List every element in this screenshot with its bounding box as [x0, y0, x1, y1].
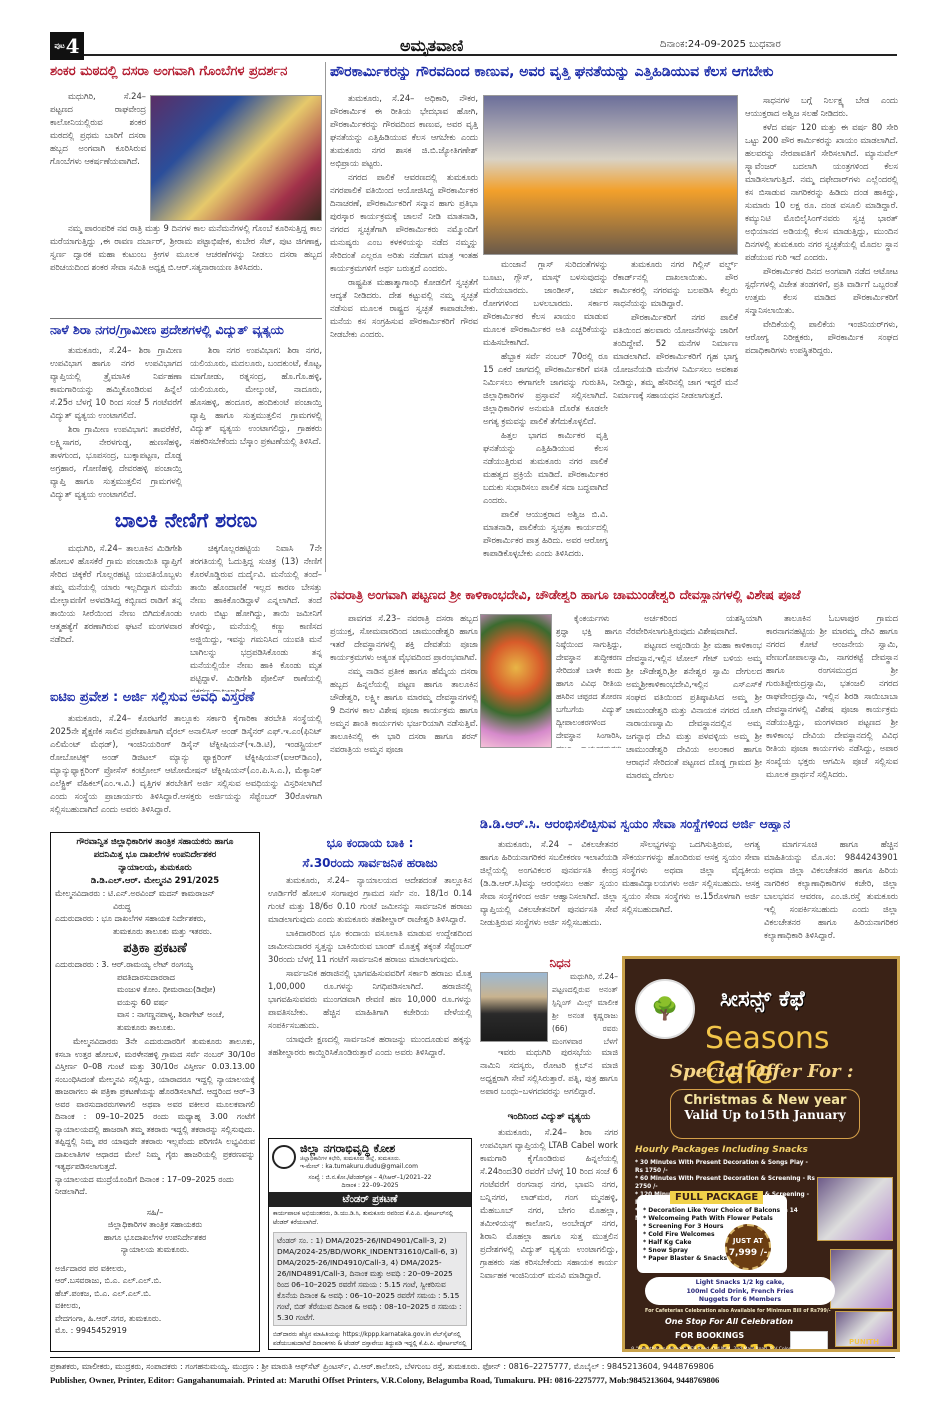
paragraph: ಹಿತ್ತಲ ಭಾಗದ ಕಾರ್ಮಿಕರ ವೃತ್ತಿ ಘನತೆಯನ್ನು ಎತ… — [483, 429, 608, 507]
article-navaratri-col1: ಪಾವಗಡ ಸೆ.23– ನವರಾತ್ರಿ ದಸರಾ ಹಬ್ಬದ ಪ್ರಯುಕ್… — [330, 612, 478, 812]
tender-footer-text: ಬಿಡ್‌ದಾರರು ಹೆಚ್ಚಿನ ಮಾಹಿತಿಯನ್ನು https://k… — [269, 1329, 471, 1350]
respondent-1: ಎದುರುದಾರರು : ಭೂ ದಾಖಲೆಗಳ ಸಹಾಯಕ ನಿರ್ದೇಶಕರು… — [55, 913, 255, 926]
article-power-cut-sira-col1: ತುಮಕೂರು, ಸೆ.24– ಶಿರಾ ಗ್ರಾಮೀಣ ಉಪವಿಭಾಗ ಹಾಗ… — [50, 344, 182, 502]
paragraph: ಅರ್ಚಕರಿಂದ ಯಶಸ್ವಿಯಾಗಿ ನೆರವೇರಿಸಲಾಗುತ್ತಿರುವ… — [626, 612, 762, 638]
appellant: ಮೇಲ್ಮನವಿದಾರರು : ಟಿ.ಎನ್.ಅರವಿಂದ್ ಮದನ್ ಕಾಮರ… — [55, 888, 255, 901]
headline-ddrc: ಡಿ.ಡಿ.ಆರ್.ಸಿ. ಆರಂಭಿಸಲಿಚ್ಛಿಸುವ ಸ್ವಯಂ ಸೇವಾ… — [480, 816, 898, 832]
divider — [50, 318, 322, 319]
paragraph: ಪಾವಗಡ ಸೆ.23– ನವರಾತ್ರಿ ದಸರಾ ಹಬ್ಬದ ಪ್ರಯುಕ್… — [330, 612, 478, 664]
paragraph: ತುಮಕೂರು, ಸೆ.24– ನ್ಯಾಯಾಲಯದ ಆದೇಶದಂತೆ ತಾಲ್ಲ… — [268, 874, 472, 926]
tender-org-name: ಜಿಲ್ಲಾ ನಗರಾಭಿವೃದ್ಧಿ ಕೋಶ — [300, 1142, 418, 1156]
article-land-auction: ತುಮಕೂರು, ಸೆ.24– ನ್ಯಾಯಾಲಯದ ಆದೇಶದಂತೆ ತಾಲ್ಲ… — [268, 874, 472, 1132]
paragraph: ಮಧುಗಿರಿ, ಸೆ.24– ತಾಲೂಕಿನ ಮಿಡಿಗೇಶಿ ಹೋಬಳಿ ಹ… — [50, 542, 182, 646]
ad-brand-kannada: ಸೀಸನ್ಸ್ ಕೆಫೆ — [720, 987, 805, 1012]
advocate-line: ಆರ್.ಬಸವರಾಜು, ಬಿ.ಎ. ಎಲ್.ಎಲ್.ಬಿ. — [55, 1275, 255, 1288]
paragraph: ಪೌರಕಾರ್ಮಿಕರ ದಿನದ ಅಂಗವಾಗಿ ನಡೆದ ಆಟೋಟ ಸ್ಪರ್… — [745, 265, 898, 317]
ad-photo-2 — [830, 1249, 893, 1309]
versus: ವಿರುದ್ಧ — [55, 901, 255, 914]
article-pourakarmika-col3: ತುಮಕೂರು ನಗರ ಗಿಲ್ಲಿಸ್ ವರ್ಲ್ಡ್ ರೆಕಾರ್ಡ್‌ನಲ… — [613, 258, 738, 572]
tender-date: ದಿನಾಂಕ : 22–09–2025 — [269, 1182, 471, 1190]
tender-org-sub: ಜಿಲ್ಲಾಧಿಕಾರಿಗಳ ಕಛೇರಿ, ತುಮಕೂರು ಜಿಲ್ಲೆ, ತು… — [300, 1156, 418, 1163]
ad-snacks-line: Light Snacks 1/2 kg cake, — [645, 1279, 835, 1288]
article-dasara-dolls-lead: ಮಧುಗಿರಿ, ಸೆ.24– ಪಟ್ಟಣದ ರಾಘವೇಂದ್ರ ಕಾಲೋನಿಯ… — [50, 90, 146, 240]
notice-title-line: ಪದನಿಮಿತ್ತ ಭೂ ದಾಖಲೆಗಳ ಉಪನಿರ್ದೇಶಕರ — [55, 849, 255, 862]
govt-emblem-icon — [272, 1145, 296, 1169]
article-obituary-body: ಇವರು ಮಧುಗಿರಿ ಪುರಸಭೆಯ ಮಾಜಿ ನಾಮಿನಿ ಸದಸ್ಯರು… — [480, 1046, 618, 1108]
respondent-3-line: ವಾಸ : ನಾಗಣ್ಣನಪಾಳ್ಯ, ಶಿರಾಗೇಟ್ ಅಂಚೆ, — [55, 1009, 255, 1022]
headline-land-auction-1: ಭೂ ಕಂದಾಯ ಬಾಕಿ : — [268, 836, 472, 851]
article-pourakarmika-col4: ಸಾಧನಗಳ ಬಗ್ಗೆ ನಿರ್ಲಕ್ಷ್ಯ ಬೇಡ ಎಂದು ಆಯುಕ್ತರ… — [745, 94, 898, 572]
newspaper-title: ಅಮೃತವಾಣಿ — [400, 36, 463, 56]
ad-address: ⚲ "Amruthavani Arcade" KEB Road, Old NH4… — [631, 1347, 819, 1352]
paragraph: ಚಿಕ್ಕಗೊಲ್ಲರಹಟ್ಟಿಯ ನಿವಾಸಿ 7ನೇ ತರಗತಿಯಲ್ಲಿ … — [190, 542, 322, 692]
article-pourakarmika-col1: ತುಮಕೂರು, ಸೆ.24– ಅಧಿಕಾರಿ, ನೌಕರ, ಪೌರಕಾರ್ಮಿ… — [330, 92, 478, 572]
paragraph: ತುಮಕೂರು, ಸೆ.24– ಕೊರಟಗೆರೆ ತಾಲ್ಲೂಕು ಸರ್ಕಾರ… — [50, 712, 322, 816]
ad-photo-1 — [817, 1177, 893, 1241]
notice-title-line: ನ್ಯಾಯಾಲಯ, ತುಮಕೂರು — [55, 862, 255, 875]
article-ddrc-col3: ಮಾರ್ಗಸೂಚಿ ಹಾಗೂ ಹೆಚ್ಚಿನ ಮಾಹಿತಿಯನ್ನು ಮೊ.ಸಂ… — [764, 838, 898, 952]
ad-snacks-line: Nuggets for 6 Members — [645, 1296, 835, 1305]
paragraph: ವೇದಿಕೆಯಲ್ಲಿ ಪಾಲಿಕೆಯ ಇಂಜಿನಿಯರ್‌ಗಳು, ಆರೋಗ್… — [745, 318, 898, 357]
article-girl-col1: ಮಧುಗಿರಿ, ಸೆ.24– ತಾಲೂಕಿನ ಮಿಡಿಗೇಶಿ ಹೋಬಳಿ ಹ… — [50, 542, 182, 692]
paragraph: ಸಾಧನಗಳ ಬಗ್ಗೆ ನಿರ್ಲಕ್ಷ್ಯ ಬೇಡ ಎಂದು ಆಯುಕ್ತರ… — [745, 94, 898, 120]
advertisement-seasons-cafe: 🌳 ಸೀಸನ್ಸ್ ಕೆಫೆ Seasons Cafe Special Offe… — [622, 956, 900, 1352]
article-navaratri-col4: ತಾಲೂಕಿನ ಓಬಳಾಪುರ ಗ್ರಾಮದ ಕಾರನಾಗನಹಟ್ಟಿಯ ಶ್ರ… — [766, 612, 898, 812]
signature-line: ಹಾಗೂ ಭೂದಾಖಲೆಗಳ ಉಪನಿರ್ದೇಶಕರ — [55, 1232, 255, 1245]
photo-pourakarmika-event — [483, 95, 738, 255]
paragraph: ಕೈಂಕರ್ಯಗಳು ಶ್ರದ್ಧಾ ಭಕ್ತಿ ಹಾಗೂ ನಿಷ್ಠೆಯಿಂದ… — [556, 612, 622, 748]
paragraph: ತಾಲೂಕಿನ ಓಬಳಾಪುರ ಗ್ರಾಮದ ಕಾರನಾಗನಹಟ್ಟಿಯ ಶ್ರ… — [766, 612, 898, 781]
paragraph: ಪಾಲಿಕೆ ಆಯುಕ್ತರಾದ ಅಶ್ವಿಜ ಬಿ.ವಿ. ಮಾತನಾಡಿ, … — [483, 508, 608, 560]
paragraph: ನಮ್ಮ ಪಾರಂಪರಿಕ ನವ ರಾತ್ರಿ ಮತ್ತು 9 ದಿನಗಳ ಕಾ… — [50, 222, 322, 274]
headline-power-cut-sira: ನಾಳೆ ಶಿರಾ ನಗರ/ಗ್ರಾಮೀಣ ಪ್ರದೇಶಗಳಲ್ಲಿ ವಿದ್ಯ… — [50, 322, 322, 338]
signature-line: ನ್ಯಾಯಾಲಯ ತುಮಕೂರು. — [55, 1244, 255, 1257]
imprint-english: Publisher, Owner, Printer, Editor: Ganga… — [50, 1375, 895, 1385]
paragraph: ಬಾಕಿದಾರರಿಂದ ಭೂ ಕಂದಾಯ ವಸೂಲಾತಿ ಮಾಡುವ ಉದ್ದೇ… — [268, 927, 472, 966]
paragraph: ಹೆಬ್ಬಾಕ ಸರ್ವೆ ನಂಬರ್ 70ರಲ್ಲಿ ರೂ 15 ಎಕರೆ ಜ… — [483, 350, 608, 428]
notice-body: ಮೇಲ್ಮನವಿದಾರರು 3ನೇ ಎದುರುದಾರರಿಗೆ ತುಮಕೂರು ತ… — [55, 1036, 255, 1174]
paragraph: ಮಂಜಾನೆ ಗ್ಲಾಸ್ ಸುರಿದಂತೆಗಳನ್ನು ಬೂಟು, ಗ್ಲೌಸ… — [483, 258, 608, 349]
tender-banner: ಟೆಂಡರ್ ಪ್ರಕಟಣೆ — [269, 1192, 471, 1207]
tender-ref-no: ಸಂಖ್ಯೆ : ಜಿ.ನ.ಕೋ./ಟೆಂಡರ್‌ಪ್ರಕ – 4/ಸಿಆರ್–… — [269, 1174, 471, 1182]
ad-occasion: Christmas & New year — [671, 1093, 859, 1108]
ad-min-bill: For Cafeterias Celebration also Availabl… — [645, 1309, 831, 1314]
paragraph: ಮಧುಗಿರಿ, ಸೆ.24– ಪಟ್ಟಣದ ರಾಘವೇಂದ್ರ ಕಾಲೋನಿಯ… — [50, 90, 146, 168]
paragraph: ಮಧುಗಿರಿ, ಸೆ.24– ಪಟ್ಟಣದಲ್ಲಿರುವ ಅನಂತ್ ಸ್ಪಿ… — [552, 970, 618, 1044]
respondent-3: ಎದುರುದಾರರು : 3. ಆರ್.ರಾಮಯ್ಯ ಲೇಟ್ ರಂಗಯ್ಯ — [55, 959, 255, 972]
imprint-kannada: ಪ್ರಕಾಶಕರು, ಮಾಲೀಕರು, ಮುದ್ರಕರು, ಸಂಪಾದಕರು :… — [50, 1362, 895, 1372]
notice-title-line: ಗೌರವಾನ್ವಿತ ಜಿಲ್ಲಾಧಿಕಾರಿಗಳ ತಾಂತ್ರಿಕ ಸಹಾಯಕ… — [55, 836, 255, 849]
paragraph: ಯಾವುದೇ ಕ್ಷಣದಲ್ಲಿ ಸಾರ್ವಜನಿಕ ಹರಾಜನ್ನು ಮುಂದ… — [268, 1033, 472, 1059]
paragraph: ತುಮಕೂರು, ಸೆ.24– ಅಧಿಕಾರಿ, ನೌಕರ, ಪೌರಕಾರ್ಮಿ… — [330, 92, 478, 170]
ad-snacks-line: 100ml Cold Drink, French Fries — [645, 1288, 835, 1297]
ad-price: 7,999 /- — [727, 1247, 769, 1259]
photo-dolls-display — [150, 95, 322, 221]
tender-notice: ಜಿಲ್ಲಾ ನಗರಾಭಿವೃದ್ಧಿ ಕೋಶ ಜಿಲ್ಲಾಧಿಕಾರಿಗಳ ಕ… — [268, 1138, 472, 1350]
paragraph: ಪಟ್ಟಣದ ಅಪ್ಪಂಡಿಯ ಶ್ರೀ ಮಹಾ ಕಾಳಿಕಾಂಭ ದೇವಸ್ಥ… — [626, 639, 762, 782]
ad-full-item: * Welcomeing Path With Flower Petals — [643, 1215, 781, 1223]
article-navaratri-col3: ಅರ್ಚಕರಿಂದ ಯಶಸ್ವಿಯಾಗಿ ನೆರವೇರಿಸಲಾಗುತ್ತಿರುವ… — [626, 612, 762, 812]
ad-address-text: "Amruthavani Arcade" KEB Road, Old NH4, … — [636, 1347, 819, 1352]
article-ddrc-col2: ಸೌಲಭ್ಯಗಳನ್ನು ಒದಗಿಸುತ್ತಿರುವ, ಅಗತ್ಯ ಸೌಕರ್ಯ… — [622, 838, 760, 952]
article-obituary-side: ಮಧುಗಿರಿ, ಸೆ.24– ಪಟ್ಟಣದಲ್ಲಿರುವ ಅನಂತ್ ಸ್ಪಿ… — [552, 970, 618, 1044]
advocate-line: ಹೆಚ್.ಪಂಕಜ, ಬಿ.ಎ. ಎಲ್.ಎಲ್.ಬಿ. — [55, 1288, 255, 1301]
issue-date: ದಿನಾಂಕ:24-09-2025 ಬುಧವಾರ — [660, 39, 781, 50]
ad-snacks-box: Light Snacks 1/2 kg cake, 100ml Cold Dri… — [645, 1277, 835, 1305]
paragraph: ಕಳೆದ ವರ್ಷ 120 ಮತ್ತು ಈ ವರ್ಷ 80 ಸೇರಿ ಒಟ್ಟು… — [745, 121, 898, 264]
paragraph: ತುಮಕೂರು, ಸೆ.24 – ವಿಕಲಚೇತನರ ಹಾಗೂ ಹಿರಿಯನಾಗ… — [480, 838, 618, 929]
paragraph: ಶಿರಾ ಗ್ರಾಮೀಣ ಉಪವಿಭಾಗ: ತಾವರೆಕೆರೆ, ಲಕ್ಷ್ಮಿ… — [50, 423, 182, 501]
paragraph: ರಾಷ್ಟ್ರಪಿತ ಮಹಾತ್ಮಾಗಾಂಧಿ ಕೋಡಲಿಗೆ ಸ್ವಚ್ಛತೆ… — [330, 276, 478, 341]
paragraph: ತುಮಕೂರು, ಸೆ.24– ಶಿರಾ ಗ್ರಾಮೀಣ ಉಪವಿಭಾಗ ಹಾಗ… — [50, 344, 182, 422]
ad-photo-3: PUNITH — [835, 1311, 893, 1347]
paragraph: ನಗರದ ಪಾಲಿಕೆ ಆವರಣದಲ್ಲಿ ತುಮಕೂರು ನಗರಪಾಲಿಕೆ … — [330, 171, 478, 275]
respondent-1-cont: ತುಮಕೂರು ತಾಲೂಕು ಮತ್ತು ಇತರರು. — [55, 926, 255, 939]
article-iti-admission: ತುಮಕೂರು, ಸೆ.24– ಕೊರಟಗೆರೆ ತಾಲ್ಲೂಕು ಸರ್ಕಾರ… — [50, 712, 322, 816]
paragraph: ಮಾರ್ಗಸೂಚಿ ಹಾಗೂ ಹೆಚ್ಚಿನ ಮಾಹಿತಿಯನ್ನು ಮೊ.ಸಂ… — [764, 838, 898, 942]
advocate-line: ವೇದಗಂಗಾ, ಹಿ.ಆರ್.ನಗರ, ತುಮಕೂರು. — [55, 1313, 255, 1326]
advocate-line: ವಕೀಲರು, — [55, 1300, 255, 1313]
tender-intro: ಕಾರ್ಯಪಾಲಕ ಅಭಿಯಂತರರು, ಡಿ.ಯು.ಡಿ.ಸಿ, ತುಮಕೂರ… — [269, 1207, 471, 1229]
tender-details: ಟೆಂಡರ್ ಸಂ. : 1) DMA/2025-26/IND4901/Call… — [273, 1232, 467, 1326]
press-notice-title: ಪತ್ರಿಕಾ ಪ್ರಕಟಣೆ — [55, 942, 255, 955]
page-label: ಪುಟ — [54, 42, 64, 50]
ad-full-item: * Decoration Like Your Choice of Balcons — [643, 1207, 781, 1215]
advocate-line: ಅರ್ಜಿದಾರರ ಪರ ವಕೀಲರು, — [55, 1263, 255, 1276]
article-navaratri-col2: ಕೈಂಕರ್ಯಗಳು ಶ್ರದ್ಧಾ ಭಕ್ತಿ ಹಾಗೂ ನಿಷ್ಠೆಯಿಂದ… — [556, 612, 622, 748]
ad-price-badge: JUST AT 7,999 /- — [725, 1224, 771, 1270]
ad-hourly-item: * 60 Minutes With Present Decoration & S… — [635, 1175, 815, 1191]
respondent-3-line: ಮಂಜುಳ ಕೋಂ. ಧೀಮರಾಜು(ಡಿಪೋ) — [55, 984, 255, 997]
photo-goddess-idol — [480, 614, 552, 748]
paragraph: ತುಮಕೂರು ನಗರ ಗಿಲ್ಲಿಸ್ ವರ್ಲ್ಡ್ ರೆಕಾರ್ಡ್‌ನಲ… — [613, 258, 738, 310]
advocate-phone: ಮೊ. : 9945452919 — [55, 1325, 255, 1338]
imprint-footer: ಪ್ರಕಾಶಕರು, ಮಾಲೀಕರು, ಮುದ್ರಕರು, ಸಂಪಾದಕರು :… — [50, 1357, 895, 1385]
page-number: 4 — [66, 34, 80, 58]
column-divider — [325, 62, 326, 572]
paragraph: ತುಮಕೂರು, ಸೆ.24– ಶಿರಾ ನಗರ ಉಪವಿಭಾಗ ವ್ಯಾಪ್ತ… — [480, 1126, 618, 1282]
ad-bookings-label: FOR BOOKINGS — [675, 1331, 744, 1340]
paragraph: ಶಿರಾ ನಗರ ಉಪವಿಭಾಗ: ಶಿರಾ ನಗರ, ಯಲಿಯೂರು, ಮದಲ… — [190, 344, 322, 448]
headline-obituary: ನಿಧನ — [530, 956, 590, 971]
respondent-3-line: ವಯಸ್ಸು 60 ವರ್ಷ — [55, 997, 255, 1010]
photo-obituary — [480, 972, 548, 1042]
article-pourakarmika-col2: ಮಂಜಾನೆ ಗ್ಲಾಸ್ ಸುರಿದಂತೆಗಳನ್ನು ಬೂಟು, ಗ್ಲೌಸ… — [483, 258, 608, 572]
ad-offer-title: Special Offer For : — [670, 1061, 854, 1082]
respondent-3-line: ಪವತಿದಾರಸುದಾರರಾದ — [55, 972, 255, 985]
cafe-logo-icon: 🌳 — [635, 979, 695, 1039]
headline-dasara-dolls: ಶಂಕರ ಮಠದಲ್ಲಿ ದಸರಾ ಅಂಗವಾಗಿ ಗೊಂಬೆಗಳ ಪ್ರದರ್… — [50, 64, 322, 79]
article-power-cut-sira-col2: ಶಿರಾ ನಗರ ಉಪವಿಭಾಗ: ಶಿರಾ ನಗರ, ಯಲಿಯೂರು, ಮದಲ… — [190, 344, 322, 502]
paragraph: ಸೌಲಭ್ಯಗಳನ್ನು ಒದಗಿಸುತ್ತಿರುವ, ಅಗತ್ಯ ಸೌಕರ್ಯ… — [622, 838, 760, 916]
ad-tagline: One Stop For All Celebration — [665, 1317, 793, 1326]
signature-line: ಜಿಲ್ಲಾಧಿಕಾರಿಗಳ ತಾಂತ್ರಿಕ ಸಹಾಯಕರು — [55, 1219, 255, 1232]
headline-pourakarmika: ಪೌರಕಾರ್ಮಿಕರನ್ನು ಗೌರವದಿಂದ ಕಾಣುವ, ಅವರ ವೃತ್… — [330, 64, 898, 80]
headline-navaratri: ನವರಾತ್ರಿ ಅಂಗವಾಗಿ ಪಟ್ಟಣದ ಶ್ರೀ ಕಾಳಿಕಾಂಭದೇವ… — [330, 587, 898, 603]
ad-full-package-title: FULL PACKAGE — [670, 1191, 763, 1204]
ad-hourly-title: Hourly Packages Including Snacks — [635, 1145, 808, 1155]
article-girl-col2: ಚಿಕ್ಕಗೊಲ್ಲರಹಟ್ಟಿಯ ನಿವಾಸಿ 7ನೇ ತರಗತಿಯಲ್ಲಿ … — [190, 542, 322, 692]
ad-phone: 9900041312 — [637, 1340, 776, 1352]
case-number: ಡಿ.ಡಿ.ಎಲ್.ಆರ್. ಮೇಲ್ಮನವಿ 291/2025 — [55, 875, 255, 888]
article-power-cut-today: ತುಮಕೂರು, ಸೆ.24– ಶಿರಾ ನಗರ ಉಪವಿಭಾಗ ವ್ಯಾಪ್ತ… — [480, 1126, 618, 1352]
court-notice: ಗೌರವಾನ್ವಿತ ಜಿಲ್ಲಾಧಿಕಾರಿಗಳ ತಾಂತ್ರಿಕ ಸಹಾಯಕ… — [50, 832, 260, 1352]
article-ddrc-col1: ತುಮಕೂರು, ಸೆ.24 – ವಿಕಲಚೇತನರ ಹಾಗೂ ಹಿರಿಯನಾಗ… — [480, 838, 618, 952]
tender-email: ಇ-ಮೇಲ್ : ka.tumakuru.dudu@gmail.com — [300, 1163, 418, 1171]
ad-photo-label: PUNITH — [849, 1338, 879, 1346]
paragraph: ಸಾರ್ವಜನಿಕ ಹರಾಜಿನಲ್ಲಿ ಭಾಗವಹಿಸುವವರಿಗೆ ಸರ್ಕ… — [268, 967, 472, 1032]
ad-hourly-item: * 30 Minutes With Present Decoration & S… — [635, 1159, 815, 1175]
paragraph: ನಮ್ಮ ನಾಡಿನ ಪ್ರತೀಕ ಹಾಗೂ ಹೆಮ್ಮೆಯ ದಸರಾ ಹಬ್ಬ… — [330, 665, 478, 756]
headline-land-auction-2: ಸೆ.30ರಂದು ಸಾರ್ವಜನಿಕ ಹರಾಜು — [268, 856, 472, 871]
respondent-3-line: ತುಮಕೂರು ತಾಲೂಕು. — [55, 1022, 255, 1035]
page-number-badge: ಪುಟ4 — [50, 32, 84, 60]
paragraph: ಇವರು ಮಧುಗಿರಿ ಪುರಸಭೆಯ ಮಾಜಿ ನಾಮಿನಿ ಸದಸ್ಯರು… — [480, 1046, 618, 1098]
headline-girl: ಬಾಲಕಿ ನೇಣಿಗೆ ಶರಣು — [50, 508, 322, 532]
signature-line: ಸಹಿ/– — [55, 1207, 255, 1220]
ad-occasion-box: Christmas & New year Valid Up to15th Jan… — [670, 1089, 860, 1139]
ad-validity: Valid Up to15th January — [671, 1108, 859, 1122]
headline-power-cut-today: ಇಂದಿನಿಂದ ವಿದ್ಯುತ್ ವ್ಯತ್ಯಯ — [480, 1112, 618, 1122]
ad-price-label: JUST AT — [727, 1235, 769, 1247]
paragraph: ಪೌರಕಾರ್ಮಿಕರಿಗೆ ನಗರ ಪಾಲಿಕೆ ವತಿಯಿಂದ ಹಲವಾರು… — [613, 311, 738, 402]
headline-iti-admission: ಐಟಿಐ ಪ್ರವೇಶ : ಅರ್ಜಿ ಸಲ್ಲಿಸುವ ಅವಧಿ ವಿಸ್ತರ… — [50, 690, 322, 705]
notice-seal-line: ನ್ಯಾಯಾಲಯದ ಮುದ್ರೆಯೊಂದಿಗೆ ದಿನಾಂಕ : 17–09–2… — [55, 1174, 255, 1199]
article-dasara-dolls-body: ನಮ್ಮ ಪಾರಂಪರಿಕ ನವ ರಾತ್ರಿ ಮತ್ತು 9 ದಿನಗಳ ಕಾ… — [50, 222, 322, 314]
